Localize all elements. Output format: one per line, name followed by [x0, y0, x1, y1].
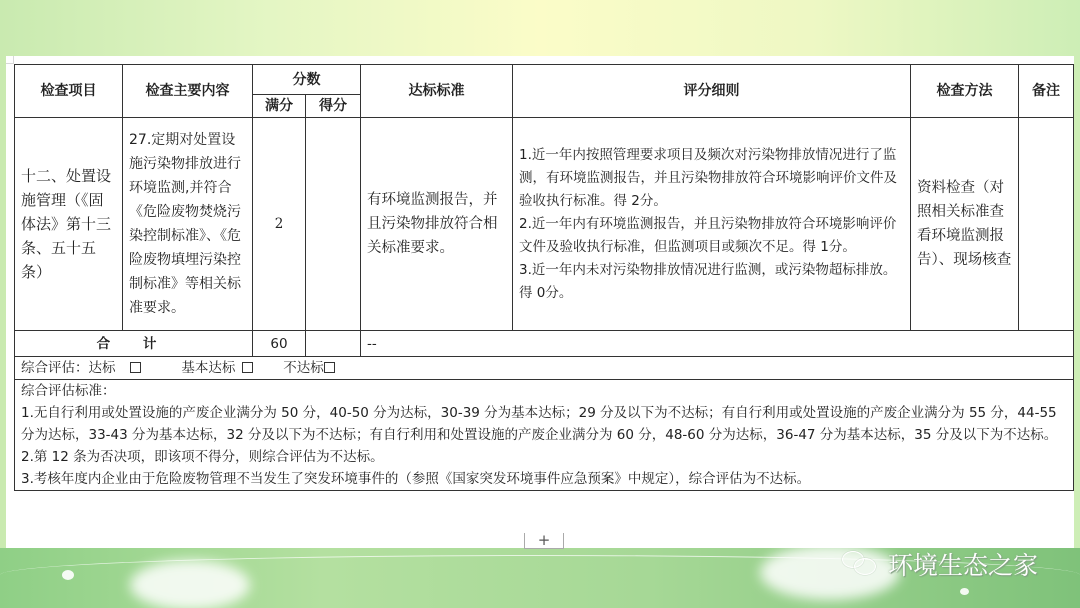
- criteria-line: 2.第 12 条为否决项，即该项不得分，则综合评估为不达标。: [21, 446, 1067, 468]
- cell-remarks[interactable]: [1019, 118, 1074, 331]
- header-score-group: 分数: [253, 65, 361, 95]
- header-remarks: 备注: [1019, 65, 1074, 118]
- total-full-score[interactable]: 60: [253, 331, 306, 357]
- criteria-line: 1.无自行利用或处置设施的产废企业满分为 50 分，40-50 分为达标，30-…: [21, 402, 1067, 446]
- add-sheet-button[interactable]: +: [524, 533, 564, 549]
- criteria-title: 综合评估标准：: [21, 380, 1067, 402]
- evaluation-label: 综合评估：: [21, 360, 89, 376]
- header-got-score: 得分: [306, 95, 361, 118]
- dot-decoration: [960, 588, 969, 595]
- total-got-score[interactable]: [306, 331, 361, 357]
- header-item: 检查项目: [15, 65, 123, 118]
- basic-pass-checkbox[interactable]: [242, 362, 253, 373]
- header-rules: 评分细则: [513, 65, 911, 118]
- rule-line: 3.近一年内未对污染物排放情况进行监测，或污染物超标排放。得 0分。: [519, 259, 904, 305]
- table-row: 十二、处置设施管理（《固体法》第十三条、五十五条） 27.定期对处置设施污染物排…: [15, 118, 1074, 331]
- cell-method[interactable]: 资料检查（对照相关标准查看环境监测报告）、现场核查: [911, 118, 1019, 331]
- cell-content[interactable]: 27.定期对处置设施污染物排放进行环境监测,并符合《危险废物焚烧污染控制标准》、…: [123, 118, 253, 331]
- fail-checkbox[interactable]: [324, 362, 335, 373]
- total-standard[interactable]: --: [361, 331, 1074, 357]
- rule-line: 1.近一年内按照管理要求项目及频次对污染物排放情况进行了监测，有环境监测报告，并…: [519, 144, 904, 213]
- header-standard: 达标标准: [361, 65, 513, 118]
- criteria-cell[interactable]: 综合评估标准： 1.无自行利用或处置设施的产废企业满分为 50 分，40-50 …: [15, 380, 1074, 491]
- cell-rules[interactable]: 1.近一年内按照管理要求项目及频次对污染物排放情况进行了监测，有环境监测报告，并…: [513, 118, 911, 331]
- evaluation-row: 综合评估：达标 基本达标 不达标: [15, 357, 1074, 380]
- option-basic-pass-label: 基本达标: [181, 360, 235, 376]
- cell-full-score[interactable]: 2: [253, 118, 306, 331]
- cell-item[interactable]: 十二、处置设施管理（《固体法》第十三条、五十五条）: [15, 118, 123, 331]
- watermark: 环境生态之家: [842, 544, 1038, 584]
- criteria-row: 综合评估标准： 1.无自行利用或处置设施的产废企业满分为 50 分，40-50 …: [15, 380, 1074, 491]
- header-full-score: 满分: [253, 95, 306, 118]
- cell-standard[interactable]: 有环境监测报告，并且污染物排放符合相关标准要求。: [361, 118, 513, 331]
- header-method: 检查方法: [911, 65, 1019, 118]
- option-fail-label: 不达标: [283, 360, 324, 376]
- criteria-line: 3.考核年度内企业由于危险废物管理不当发生了突发环境事件的（参照《国家突发环境事…: [21, 468, 1067, 490]
- inspection-table: 检查项目 检查主要内容 分数 达标标准 评分细则 检查方法 备注 满分 得分 十…: [14, 64, 1074, 491]
- option-pass-label: 达标: [89, 360, 116, 376]
- dot-decoration: [62, 570, 74, 580]
- pass-checkbox[interactable]: [130, 362, 141, 373]
- cell-got-score[interactable]: [306, 118, 361, 331]
- total-label: 合 计: [15, 331, 253, 357]
- header-content: 检查主要内容: [123, 65, 253, 118]
- sheet-corner: [6, 56, 14, 64]
- rule-line: 2.近一年内有环境监测报告，并且污染物排放符合环境影响评价文件及验收执行标准，但…: [519, 213, 904, 259]
- wechat-icon: [842, 549, 880, 579]
- header-row: 检查项目 检查主要内容 分数 达标标准 评分细则 检查方法 备注: [15, 65, 1074, 95]
- total-row: 合 计 60 --: [15, 331, 1074, 357]
- watermark-text: 环境生态之家: [888, 546, 1038, 582]
- evaluation-cell[interactable]: 综合评估：达标 基本达标 不达标: [15, 357, 1074, 380]
